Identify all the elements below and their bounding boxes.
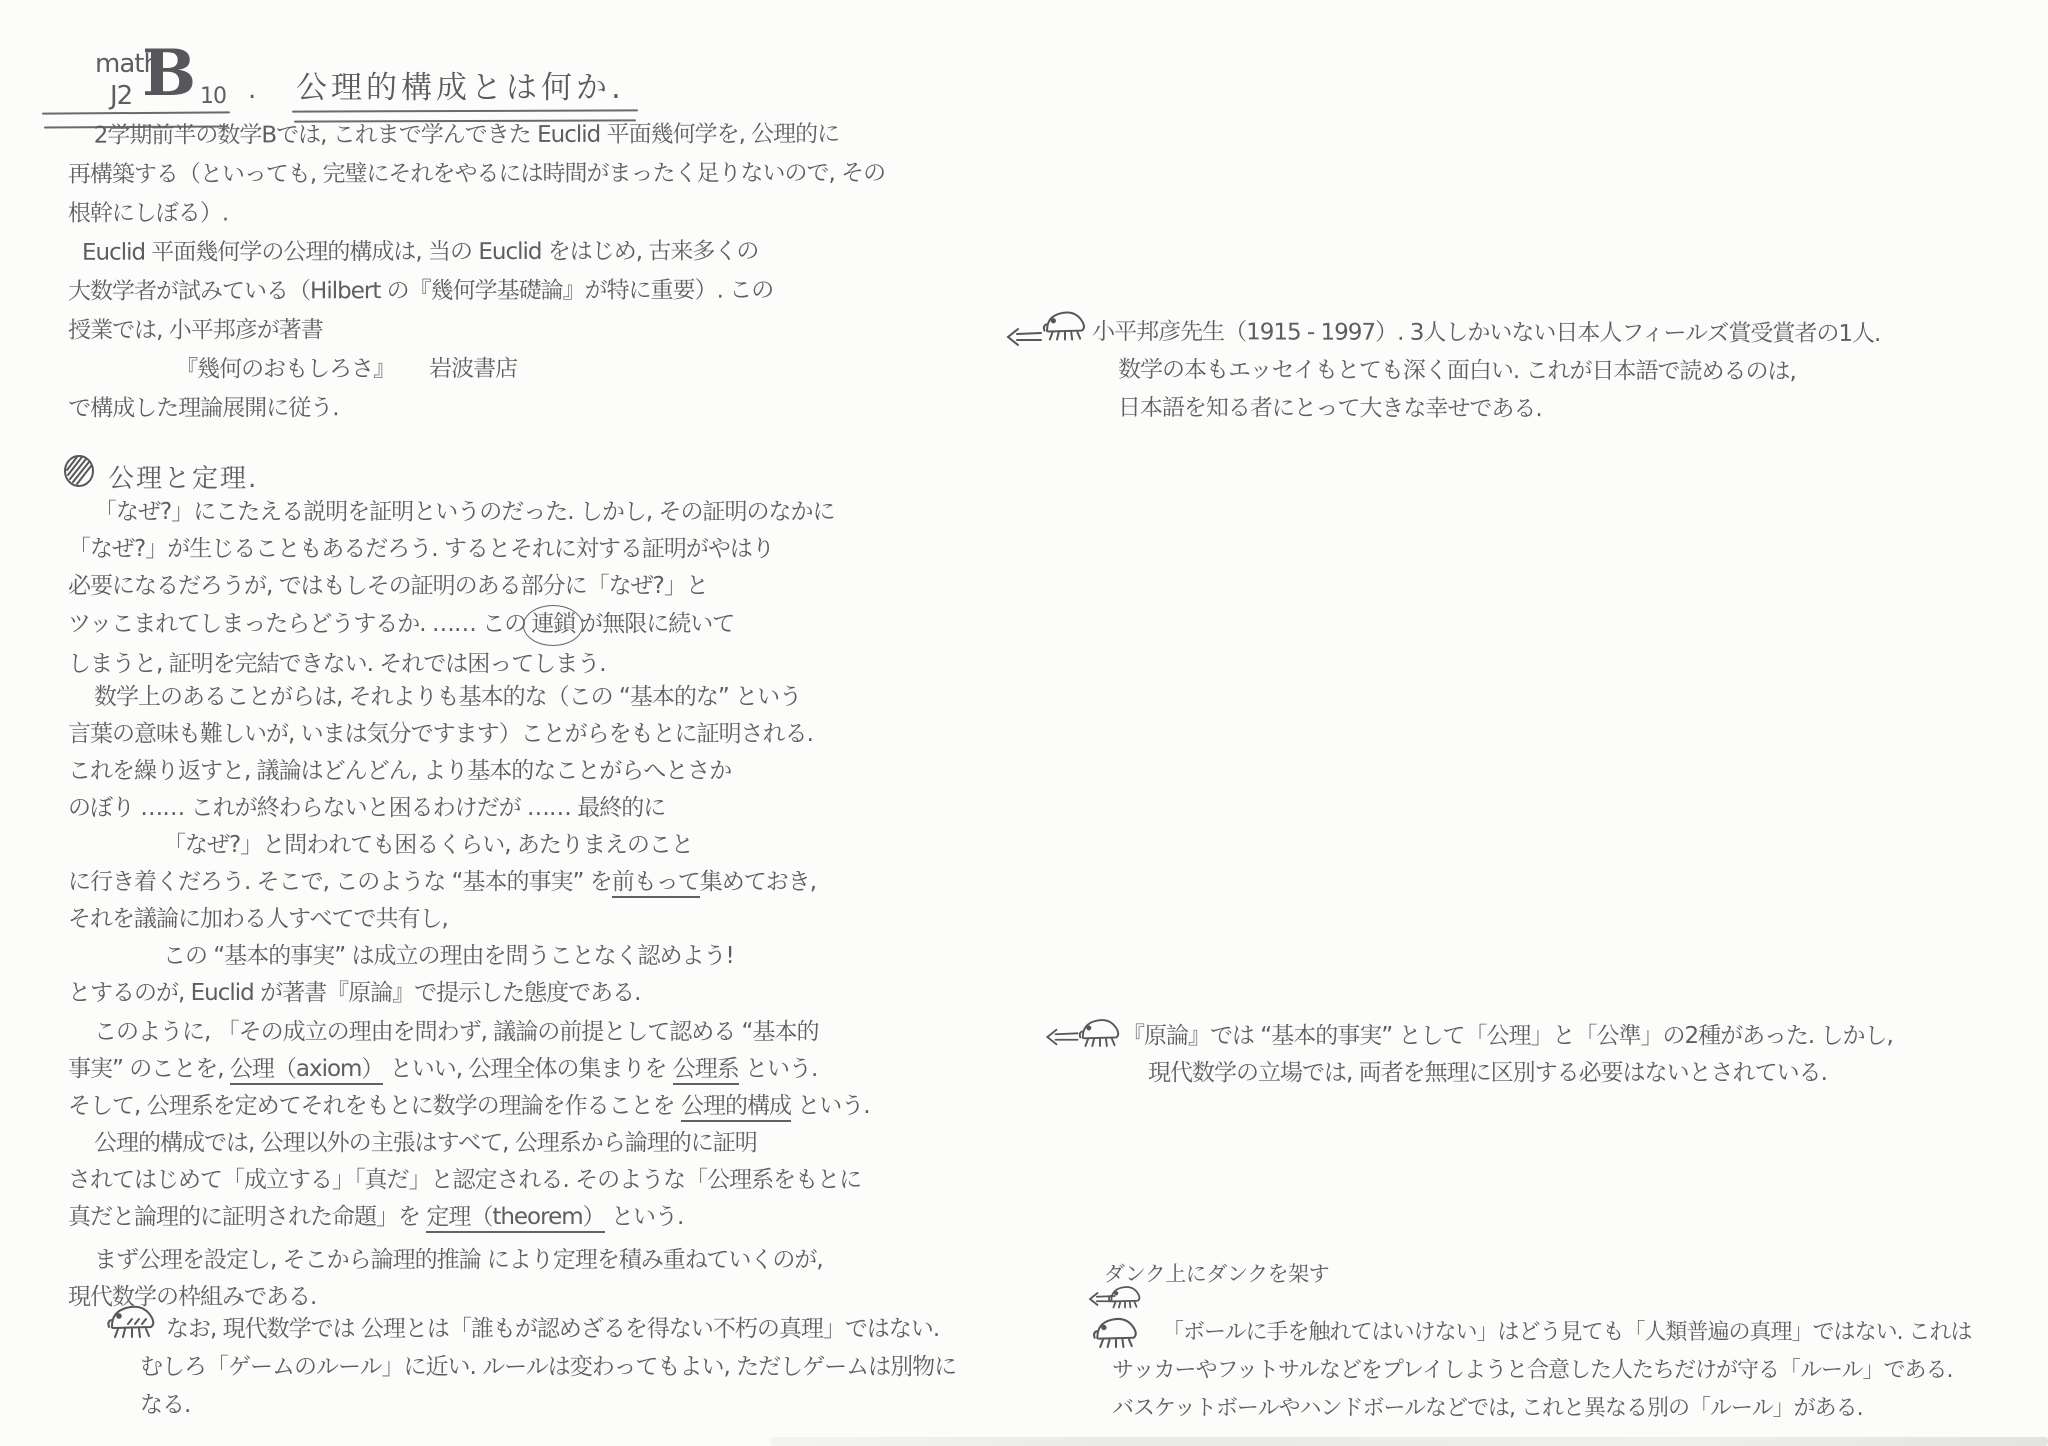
handwritten-line: むしろ「ゲームのルール」に近い. ルールは変わってもよい, ただしゲームは別物に: [140, 1348, 956, 1386]
handwritten-line: 大数学者が試みている（Hilbert の『幾何学基礎論』が特に重要）. この: [68, 271, 885, 311]
section-heading: 公理と定理.: [108, 458, 258, 495]
line-segment: ツッこまれてしまったらどうするか. …… この: [68, 611, 526, 637]
handwritten-note-page: math J2 B 10 . 公理的構成とは何か. 2学期前半の数学Bでは, こ…: [0, 0, 2048, 1446]
handwritten-line: なる.: [140, 1386, 956, 1424]
theorem-term: 定理（theorem）: [426, 1204, 604, 1233]
handwritten-line: ツッこまれてしまったらどうするか. …… この連鎖が無限に続いて: [68, 605, 834, 646]
handwritten-line: これを繰り返すと, 議論はどんどん, より基本的なことがらへとさか: [68, 753, 816, 790]
lecture-badge-letter: B: [142, 44, 195, 104]
axiom-term: 公理（axiom）: [230, 1056, 384, 1085]
handwritten-line: バスケットボールやハンドボールなどでは, これと異なる別の「ルール」がある.: [1112, 1390, 1972, 1428]
header-separator: .: [248, 76, 255, 104]
line-segment: 集めておき,: [700, 869, 816, 895]
handwritten-line: このように, 「その成立の理由を問わず, 議論の前提として認める “基本的: [68, 1014, 870, 1051]
circled-word: 連鎖: [523, 605, 583, 646]
handwritten-line: それを議論に加わる人すべてで共有し,: [68, 901, 816, 938]
handwritten-line: 小平邦彦先生（1915 - 1997）. 3人しかいない日本人フィールズ賞受賞者…: [1092, 313, 1880, 353]
margin-note-kodaira: 小平邦彦先生（1915 - 1997）. 3人しかいない日本人フィールズ賞受賞者…: [1092, 313, 1880, 429]
definitions-paragraph: このように, 「その成立の理由を問わず, 議論の前提として認める “基本的 事実…: [68, 1014, 870, 1236]
handwritten-line book-reference: 『幾何のおもしろさ』岩波書店: [68, 349, 885, 389]
underlined-word: 前もって: [612, 869, 700, 898]
line-segment: といい, 公理全体の集まりを: [383, 1056, 672, 1082]
line-segment: という.: [739, 1056, 818, 1082]
left-arrow-icon: [1003, 325, 1045, 349]
course-underline-top: [42, 111, 230, 114]
publisher: 岩波書店: [395, 356, 517, 382]
handwritten-line: 事実” のことを, 公理（axiom） といい, 公理全体の集まりを 公理系 と…: [68, 1051, 870, 1088]
handwritten-line: 「なぜ?」が生じることもあるだろう. するとそれに対する証明がやはり: [68, 531, 834, 568]
handwritten-line: 数学の本もエッセイもとても深く面白い. これが日本語で読めるのは,: [1092, 351, 1880, 391]
handwritten-line: しまうと, 証明を完結できない. それでは困ってしまう.: [68, 646, 834, 683]
handwritten-line: 再構築する（といっても, 完璧にそれをやるには時間がまったく足りないので, その: [68, 154, 885, 194]
handwritten-line: 授業では, 小平邦彦が著書: [68, 310, 885, 350]
book-title: 『幾何のおもしろさ』: [68, 356, 395, 383]
handwritten-line: サッカーやフットサルなどをプレイしようと合意した人たちだけが守る「ルール」である…: [1112, 1352, 1972, 1390]
handwritten-line: のぼり …… これが終わらないと困るわけだが …… 最終的に: [68, 790, 816, 827]
handwritten-line: 根幹にしぼる）.: [68, 193, 885, 233]
line-segment: という.: [791, 1093, 870, 1119]
scan-edge-smudge: [770, 1437, 2048, 1446]
intro-paragraph: 2学期前半の数学Bでは, これまで学んできた Euclid 平面幾何学を, 公理…: [68, 115, 886, 428]
line-segment: に行き着くだろう. そこで, このような “基本的事実” を: [68, 869, 612, 895]
handwritten-line: 『原論』では “基本的事実” として「公理」と「公準」の2種があった. しかし,: [1122, 1018, 1893, 1055]
handwritten-line: まず公理を設定し, そこから論理的推論 により定理を積み重ねていくのが,: [68, 1242, 823, 1279]
handwritten-line: 「なぜ?」にこたえる説明を証明というのだった. しかし, その証明のなかに: [68, 494, 834, 531]
line-segment: 事実” のことを,: [68, 1056, 230, 1082]
bug-doodle-icon: [1040, 306, 1090, 348]
basic-facts-paragraph: 数学上のあることがらは, それよりも基本的な（この “基本的な” という 言葉の…: [68, 679, 816, 1012]
line-segment: という.: [605, 1204, 684, 1230]
title-underline-top: [292, 109, 638, 112]
handwritten-line: 2学期前半の数学Bでは, これまで学んできた Euclid 平面幾何学を, 公理…: [68, 115, 885, 155]
margin-note-rules: 「ボールに手を触れてはいけない」はどう見ても「人類普遍の真理」ではない. これは…: [1112, 1314, 1972, 1428]
handwritten-line: されてはじめて「成立する」「真だ」と認定される. そのような「公理系をもとに: [68, 1162, 870, 1199]
handwritten-line: なお, 現代数学では 公理とは「誰もが認めざるを得ない不朽の真理」ではない.: [140, 1310, 956, 1348]
axiom-system-term: 公理系: [673, 1056, 739, 1085]
framework-paragraph: まず公理を設定し, そこから論理的推論 により定理を積み重ねていくのが, 現代数…: [68, 1242, 823, 1316]
handwritten-line: 「なぜ?」と問われても困るくらい, あたりまえのこと: [68, 827, 816, 864]
line-segment: そして, 公理系を定めてそれをもとに数学の理論を作ることを: [68, 1093, 681, 1119]
handwritten-line: 数学上のあることがらは, それよりも基本的な（この “基本的な” という: [68, 679, 816, 716]
handwritten-line: そして, 公理系を定めてそれをもとに数学の理論を作ることを 公理的構成 という.: [68, 1088, 870, 1125]
margin-note-genron: 『原論』では “基本的事実” として「公理」と「公準」の2種があった. しかし,…: [1122, 1018, 1893, 1092]
class-code: J2: [110, 82, 132, 110]
page-title: 公理的構成とは何か.: [296, 62, 625, 107]
lecture-badge-number: 10: [200, 84, 226, 109]
bug-doodle-icon: [1106, 1282, 1144, 1314]
bug-doodle-icon: [1076, 1014, 1124, 1054]
handwritten-line: 真だと論理的に証明された命題」を 定理（theorem） という.: [68, 1199, 870, 1236]
line-segment: 真だと論理的に証明された命題」を: [68, 1204, 426, 1230]
line-segment: が無限に続いて: [580, 611, 734, 637]
handwritten-line: 公理的構成では, 公理以外の主張はすべて, 公理系から論理的に証明: [68, 1125, 870, 1162]
why-paragraph: 「なぜ?」にこたえる説明を証明というのだった. しかし, その証明のなかに 「な…: [68, 494, 834, 683]
handwritten-line: この “基本的事実” は成立の理由を問うことなく認めよう!: [68, 938, 816, 975]
hatched-circle-icon: [60, 452, 98, 490]
handwritten-line: 言葉の意味も難しいが, いまは気分ですます）ことがらをもとに証明される.: [68, 716, 816, 753]
axiomatic-construction-term: 公理的構成: [681, 1093, 791, 1122]
handwritten-line: で構成した理論展開に従う.: [68, 388, 885, 428]
handwritten-line: 必要になるだろうが, ではもしその証明のある部分に「なぜ?」と: [68, 568, 834, 605]
handwritten-line: Euclid 平面幾何学の公理的構成は, 当の Euclid をはじめ, 古来多…: [68, 232, 885, 272]
handwritten-line: 現代数学の立場では, 両者を無理に区別する必要はないとされている.: [1122, 1055, 1893, 1092]
handwritten-line: 日本語を知る者にとって大きな幸せである.: [1092, 389, 1880, 429]
handwritten-line: に行き着くだろう. そこで, このような “基本的事実” を前もって集めておき,: [68, 864, 816, 901]
handwritten-line: 「ボールに手を触れてはいけない」はどう見ても「人類普遍の真理」ではない. これは: [1112, 1314, 1972, 1352]
handwritten-line: とするのが, Euclid が著書『原論』で提示した態度である.: [68, 975, 816, 1012]
game-rules-note: なお, 現代数学では 公理とは「誰もが認めざるを得ない不朽の真理」ではない. む…: [140, 1310, 956, 1424]
